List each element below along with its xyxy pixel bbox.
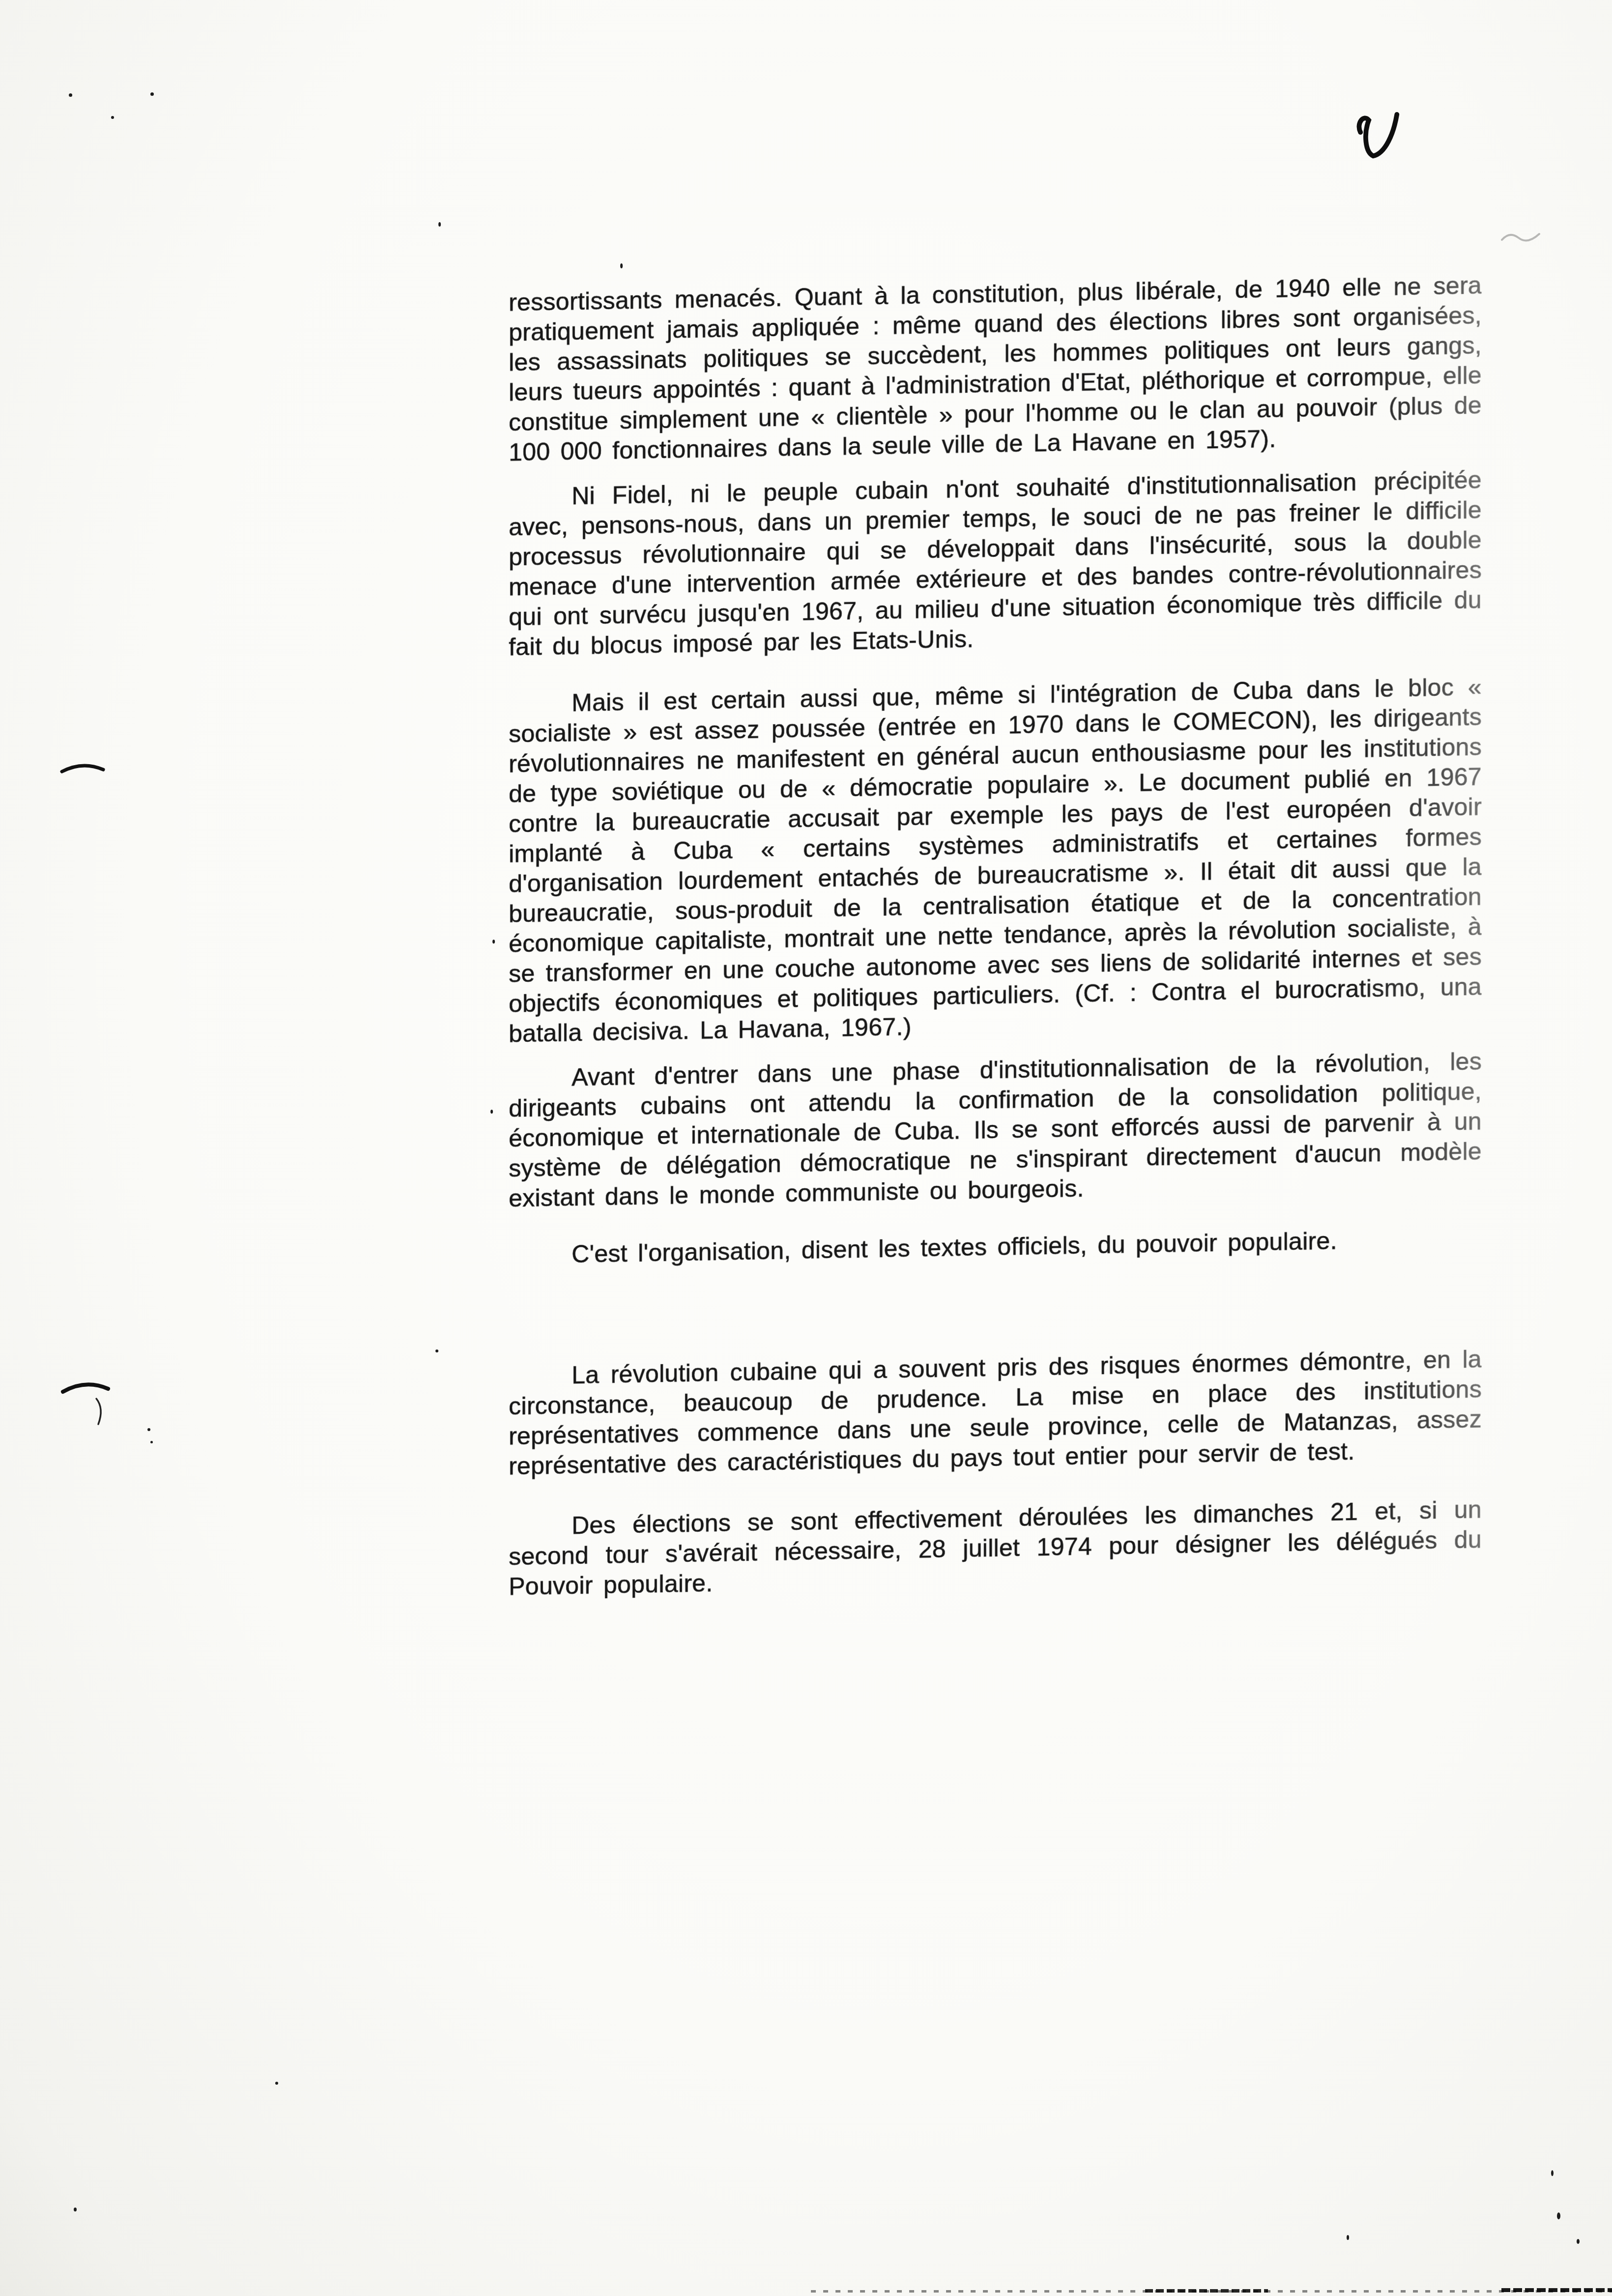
noise-speck	[150, 92, 154, 96]
paragraph-group-top: ressortissants menacés. Quant à la const…	[509, 270, 1482, 1270]
paragraph-group-bottom: Des élections se sont effectivement déro…	[509, 1494, 1482, 1602]
scan-edge-dashes	[1145, 2289, 1268, 2293]
scanned-page: ressortissants menacés. Quant à la const…	[0, 0, 1612, 2296]
faint-margin-squiggle-icon	[1499, 225, 1543, 250]
scan-edge-dashes	[1501, 2288, 1612, 2292]
body-paragraph: ressortissants menacés. Quant à la const…	[509, 270, 1482, 467]
noise-speck	[275, 2082, 278, 2085]
page-content: ressortissants menacés. Quant à la const…	[0, 268, 1612, 1611]
noise-speck	[74, 2208, 77, 2211]
body-paragraph: Mais il est certain aussi que, même si l…	[509, 672, 1482, 1049]
noise-speck	[111, 116, 114, 119]
noise-speck	[1577, 2239, 1580, 2244]
margin-heading: L'expérience de Matanzas	[257, 1363, 493, 1429]
body-paragraph: La révolution cubaine qui a souvent pris…	[509, 1344, 1482, 1481]
noise-speck	[69, 93, 72, 97]
noise-speck	[1557, 2212, 1560, 2219]
body-paragraph: Avant d'entrer dans une phase d'institut…	[509, 1046, 1482, 1213]
noise-speck	[1347, 2235, 1349, 2240]
handwritten-squiggle-icon	[1344, 104, 1423, 168]
sidenote-section: L'expérience de Matanzas La révolution c…	[509, 1344, 1482, 1481]
noise-speck	[1551, 2170, 1554, 2176]
margin-heading-line1: L'expérience	[257, 1363, 493, 1398]
body-paragraph: C'est l'organisation, disent les textes …	[509, 1223, 1482, 1270]
text-column: ressortissants menacés. Quant à la const…	[509, 270, 1482, 1602]
noise-speck	[620, 263, 623, 268]
margin-heading-line2: de Matanzas	[257, 1394, 493, 1429]
noise-speck	[438, 222, 441, 227]
body-paragraph: Des élections se sont effectivement déro…	[509, 1494, 1482, 1602]
body-paragraph: Ni Fidel, ni le peuple cubain n'ont souh…	[509, 465, 1482, 662]
